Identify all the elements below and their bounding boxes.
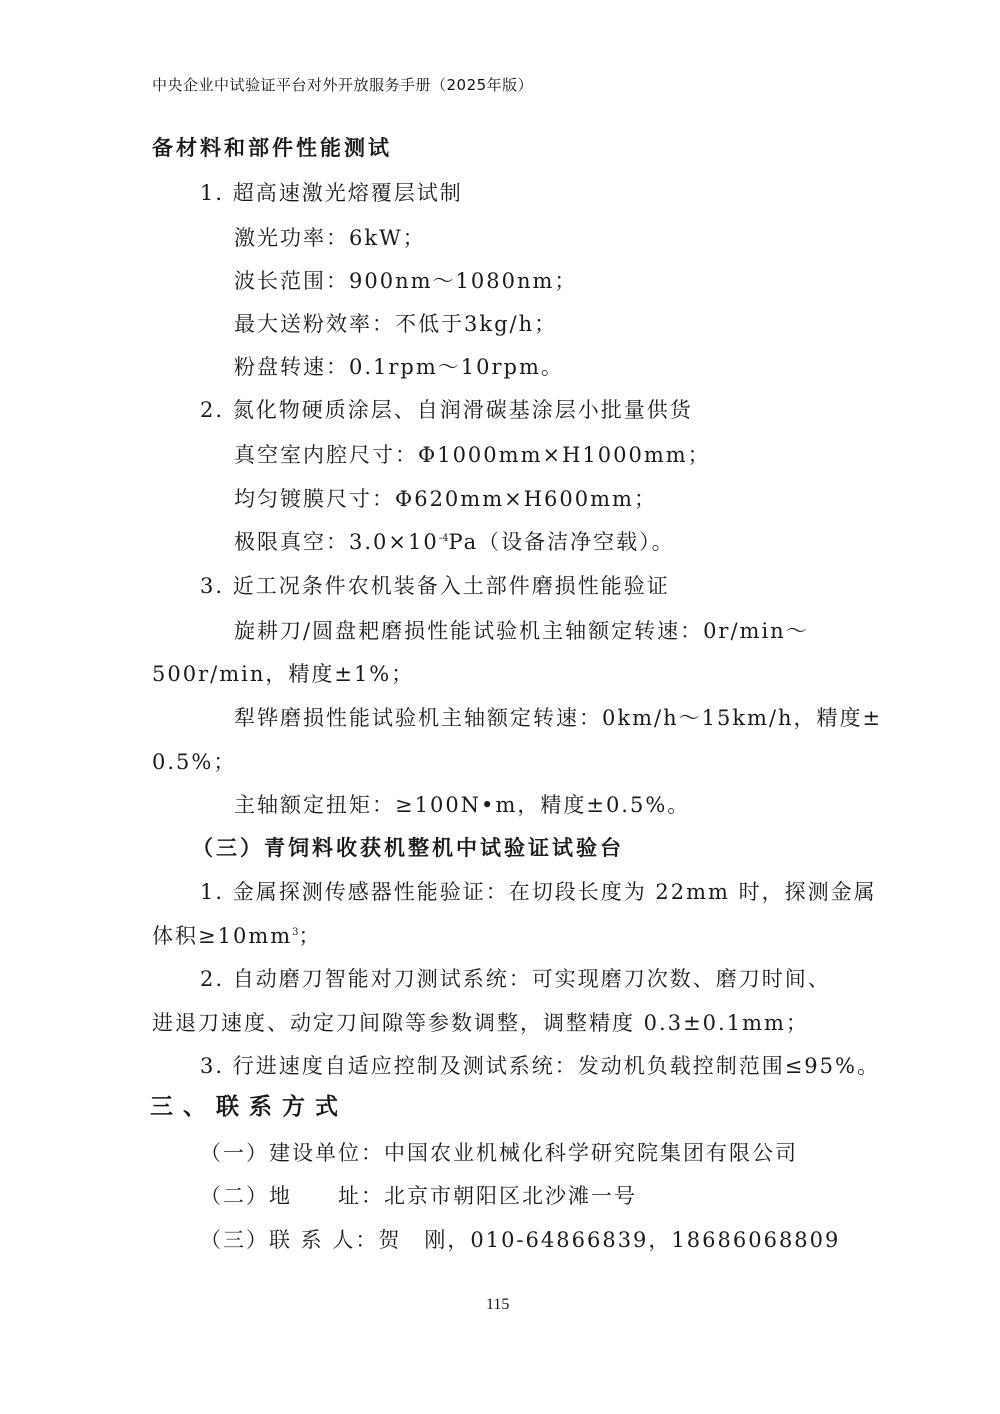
paragraph: 2. 自动磨刀智能对刀测试系统：可实现磨刀次数、磨刀时间、 xyxy=(200,966,831,992)
document-header: 中央企业中试验证平台对外开放服务手册（2025年版） xyxy=(152,74,533,95)
vacuum-spec: 极限真空：3.0×10-4Pa（设备洁净空载）。 xyxy=(234,529,675,555)
spec-line: 均匀镀膜尺寸：Φ620mm×H600mm； xyxy=(234,486,657,512)
item-2-title: 2. 氮化物硬质涂层、自润滑碳基涂层小批量供货 xyxy=(200,397,693,423)
spec-line: 500r/min，精度±1%； xyxy=(152,661,414,687)
item-number: 1. xyxy=(200,181,224,205)
paragraph: 1. 金属探测传感器性能验证：在切段长度为 22mm 时，探测金属 xyxy=(200,879,877,905)
spec-line: 粉盘转速：0.1rpm～10rpm。 xyxy=(234,354,564,380)
spec-line: 最大送粉效率：不低于3kg/h； xyxy=(234,311,557,337)
paragraph: 3. 行进速度自适应控制及测试系统：发动机负载控制范围≤95%。 xyxy=(200,1053,880,1079)
spec-line: 激光功率：6kW； xyxy=(234,225,426,251)
contact-heading: 三、联系方式 xyxy=(150,1094,348,1120)
item-3-title: 3. 近工况条件农机装备入土部件磨损性能验证 xyxy=(200,573,670,599)
continuation-heading: 备材料和部件性能测试 xyxy=(152,135,392,161)
spec-line: 主轴额定扭矩：≥100N•m，精度±0.5%。 xyxy=(234,792,690,818)
item-title: 氮化物硬质涂层、自润滑碳基涂层小批量供货 xyxy=(233,398,693,422)
spec-line: 真空室内腔尺寸：Φ1000mm×H1000mm； xyxy=(234,442,711,468)
contact-unit: （一）建设单位：中国农业机械化科学研究院集团有限公司 xyxy=(200,1140,798,1166)
spec-line: 波长范围：900nm～1080nm； xyxy=(234,268,577,294)
page-number: 115 xyxy=(486,1296,509,1314)
item-number: 3. xyxy=(200,574,224,598)
spec-line: 旋耕刀/圆盘耙磨损性能试验机主轴额定转速：0r/min～ xyxy=(234,618,809,644)
paragraph: 进退刀速度、动定刀间隙等参数调整，调整精度 0.3±0.1mm； xyxy=(152,1010,809,1036)
contact-address: （二）地 址：北京市朝阳区北沙滩一号 xyxy=(200,1183,637,1209)
item-title: 超高速激光熔覆层试制 xyxy=(233,181,463,205)
paragraph: 体积≥10mm3； xyxy=(152,923,322,949)
item-number: 2. xyxy=(200,398,224,422)
spec-line: 0.5%； xyxy=(152,749,236,775)
contact-person: （三）联 系 人：贺 刚，010-64866839，18686068809 xyxy=(200,1227,840,1253)
item-title: 近工况条件农机装备入土部件磨损性能验证 xyxy=(233,574,670,598)
spec-line: 犁铧磨损性能试验机主轴额定转速：0km/h～15km/h，精度± xyxy=(234,705,882,731)
section-heading: （三）青饲料收获机整机中试验证试验台 xyxy=(192,835,624,861)
item-1-title: 1. 超高速激光熔覆层试制 xyxy=(200,180,463,206)
